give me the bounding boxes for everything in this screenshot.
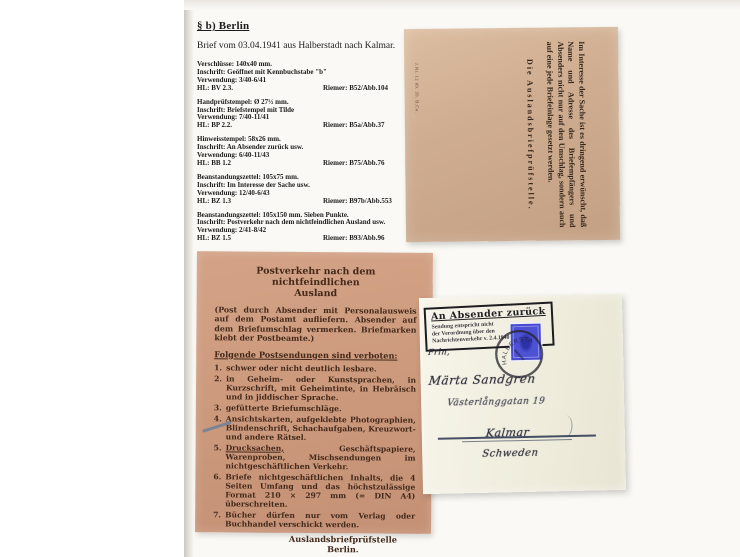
description-entry: Beanstandungszettel: 105x150 mm. Sieben …	[197, 212, 432, 244]
lot-subtitle: Brief vom 03.04.1941 aus Halberstadt nac…	[197, 41, 432, 51]
sheet-title-line2: Ausland	[215, 287, 417, 299]
prohibited-list: 1.schwer oder nicht deutlich lesbare. 2.…	[213, 363, 416, 529]
entry-riemer: Riemer: B75/Abb.76	[323, 160, 384, 168]
list-item: 2.in Geheim- oder Kunstsprachen, in Kurz…	[214, 374, 416, 402]
list-item: 4.Ansichtskarten, aufgeklebte Photograph…	[214, 414, 416, 442]
rules-sheet: Postverkehr nach dem nichtfeindlichen Au…	[195, 251, 433, 534]
list-item: 3.gefütterte Briefumschläge.	[214, 403, 416, 413]
description-entry: Hinweisstempel: 58x26 mm. Inschrift: An …	[197, 136, 432, 168]
address-salutation: Frln,	[428, 347, 451, 356]
card-rotated-text: Im Interesse der Sache ist es dringend e…	[436, 41, 588, 229]
entry-line: Verwendung: 12/40-6/43	[197, 190, 432, 198]
address-country: Schweden	[482, 448, 539, 460]
list-item: 5.Drucksachen, Geschäftspapiere, Warenpr…	[213, 443, 415, 471]
address-name: Märta Sandgren	[428, 372, 536, 388]
entry-hl: HL: BZ 1.5	[197, 234, 231, 242]
entry-riemer: Riemer: B97b/Abb.553	[323, 198, 392, 206]
ink-line-2	[462, 439, 572, 442]
entry-riemer: Riemer: B52/Abb.104	[323, 85, 388, 93]
sheet-title: Postverkehr nach dem nichtfeindlichen Au…	[215, 265, 417, 299]
card-form-number: J.Nr. 12 09. 39. B.Co.	[414, 63, 420, 133]
entry-line: Verwendung: 6/40-11/43	[197, 152, 432, 160]
entry-riemer: Riemer: B5a/Abb.37	[323, 122, 384, 130]
card-body-text: Im Interesse der Sache ist es dringend e…	[544, 41, 588, 227]
sheet-list-heading: Folgende Postsendungen sind verboten:	[214, 349, 416, 360]
lot-description: § b) Berlin Brief vom 03.04.1941 aus Hal…	[197, 20, 432, 249]
sheet-signature-line2: Berlin.	[268, 543, 418, 554]
address-street: Västerlånggatan 19	[447, 397, 546, 409]
entry-hl: HL: BB 1.2	[197, 159, 231, 167]
catalog-page-top-edge	[184, 0, 740, 10]
list-item: 6.Briefe nichtgeschäftlichen Inhalts, di…	[213, 472, 415, 509]
entry-riemer: Riemer: B93/Abb.96	[323, 235, 384, 243]
description-entry: Beanstandungszettel: 105x75 mm. Inschrif…	[197, 174, 432, 206]
envelope: An Absender zurück Sendung entspricht ni…	[419, 294, 626, 494]
list-item: 7.Bücher dürfen nur vom Verlag oder Buch…	[213, 510, 415, 529]
entry-hl: HL: BZ 1.3	[197, 197, 231, 205]
entry-line: Verwendung: 2/41-8/42	[197, 227, 432, 235]
auction-lot-photo: § b) Berlin Brief vom 03.04.1941 aus Hal…	[0, 0, 740, 557]
description-entry: Verschlüsse: 140x40 mm. Inschrift: Geöff…	[197, 61, 432, 93]
lot-heading: § b) Berlin	[197, 20, 432, 32]
censor-notice-card: J.Nr. 12 09. 39. B.Co. Im Interesse der …	[404, 27, 620, 242]
list-item: 1.schwer oder nicht deutlich lesbare.	[214, 363, 416, 373]
sheet-title-line1: Postverkehr nach dem nichtfeindlichen	[215, 265, 417, 288]
catalog-page-edge	[184, 0, 194, 557]
sheet-intro: (Post durch Absender mit Personalausweis…	[214, 305, 416, 344]
description-entry: Handprüfstempel: Ø 27½ mm. Inschrift: Br…	[197, 99, 432, 131]
sheet-signature-line1: Auslandsbriefprüfstelle	[268, 533, 418, 544]
entry-hl: HL: BV 2.3.	[197, 84, 233, 92]
card-signature: Die Auslandsbriefprüfstelle.	[525, 42, 536, 228]
sheet-signature: Auslandsbriefprüfstelle Berlin.	[268, 533, 418, 554]
entry-line: Verwendung: 7/40-11/41	[197, 114, 432, 122]
entry-hl: HL: BP 2.2.	[197, 121, 232, 129]
